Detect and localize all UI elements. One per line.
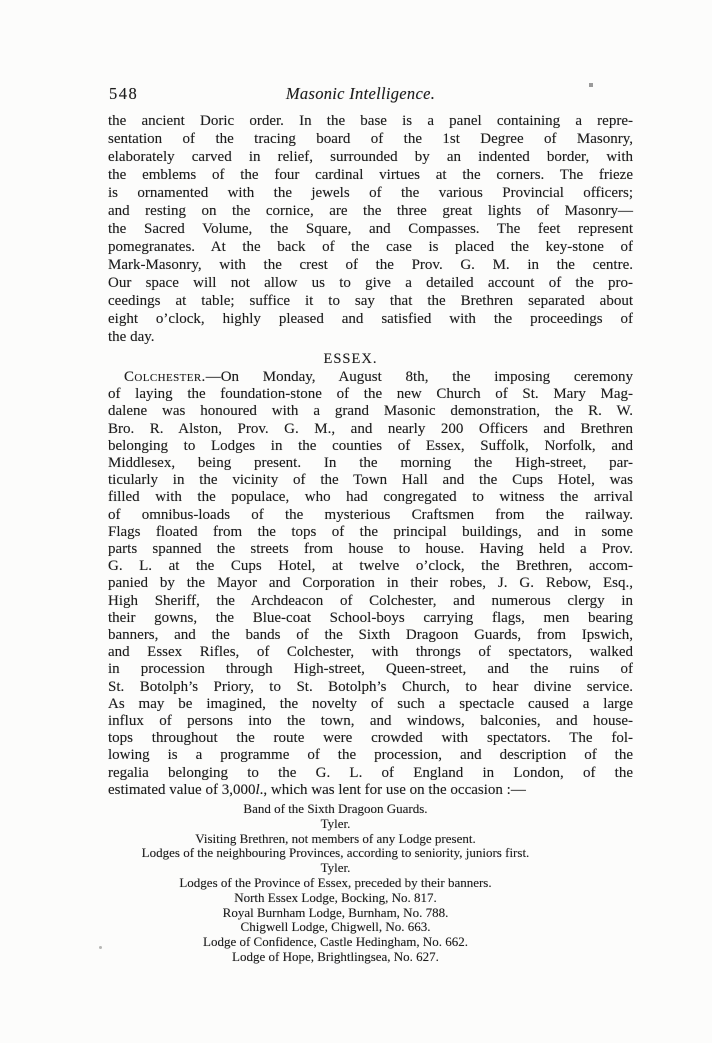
text-line: Our space will not allow us to give a de… bbox=[108, 274, 633, 292]
text-line: pomegranates. At the back of the case is… bbox=[108, 238, 633, 256]
text-line: parts spanned the streets from house to … bbox=[108, 541, 633, 558]
last-line-post: ., which was lent for use on the occasio… bbox=[260, 782, 526, 798]
text-line: and Essex Rifles, of Colchester, with th… bbox=[108, 644, 633, 661]
text-line: and resting on the cornice, are the thre… bbox=[108, 202, 633, 220]
first-line-rest: —On Monday, August 8th, the imposing cer… bbox=[206, 369, 633, 385]
last-line-pre: estimated value of 3,000 bbox=[108, 782, 255, 798]
text-line: estimated value of 3,000l., which was le… bbox=[108, 782, 633, 799]
text-line: regalia belonging to the G. L. of Englan… bbox=[108, 765, 633, 782]
text-line: filled with the populace, who had congre… bbox=[108, 489, 633, 506]
text-line: elaborately carved in relief, surrounded… bbox=[108, 148, 633, 166]
procession-line: Tyler. bbox=[73, 817, 598, 832]
text-line: Bro. R. Alston, Prov. G. M., and nearly … bbox=[108, 421, 633, 438]
procession-line: Tyler. bbox=[73, 861, 598, 876]
text-line: is ornamented with the jewels of the var… bbox=[108, 184, 633, 202]
text-line: lowing is a programme of the procession,… bbox=[108, 747, 633, 764]
procession-line: Royal Burnham Lodge, Burnham, No. 788. bbox=[73, 906, 598, 921]
text-line: Mark-Masonry, with the crest of the Prov… bbox=[108, 256, 633, 274]
section-heading-essex: ESSEX. bbox=[88, 351, 613, 368]
scan-speck-artifact bbox=[99, 946, 102, 949]
text-line: Middlesex, being present. In the morning… bbox=[108, 455, 633, 472]
procession-line: North Essex Lodge, Bocking, No. 817. bbox=[73, 891, 598, 906]
text-line: High Sheriff, the Archdeacon of Colchest… bbox=[108, 593, 633, 610]
text-line: Colchester.—On Monday, August 8th, the i… bbox=[108, 369, 633, 386]
text-line: As may be imagined, the novelty of such … bbox=[108, 696, 633, 713]
text-line: Flags floated from the tops of the princ… bbox=[108, 524, 633, 541]
text-line: sentation of the tracing board of the 1s… bbox=[108, 130, 633, 148]
text-line: the Sacred Volume, the Square, and Compa… bbox=[108, 220, 633, 238]
procession-line: Lodge of Hope, Brightlingsea, No. 627. bbox=[73, 950, 598, 965]
text-line: the ancient Doric order. In the base is … bbox=[108, 112, 633, 130]
text-line: the emblems of the four cardinal virtues… bbox=[108, 166, 633, 184]
running-title: Masonic Intelligence. bbox=[98, 84, 623, 104]
text-line: G. L. at the Cups Hotel, at twelve o’clo… bbox=[108, 558, 633, 575]
text-line: their gowns, the Blue-coat School-boys c… bbox=[108, 610, 633, 627]
text-line: of omnibus-loads of the mysterious Craft… bbox=[108, 507, 633, 524]
text-line: St. Botolph’s Priory, to St. Botolph’s C… bbox=[108, 679, 633, 696]
procession-line: Lodge of Confidence, Castle Hedingham, N… bbox=[73, 935, 598, 950]
page-header: 548 Masonic Intelligence. bbox=[108, 84, 633, 104]
text-line: eight o’clock, highly pleased and satisf… bbox=[108, 310, 633, 328]
scanned-book-page: 548 Masonic Intelligence. the ancient Do… bbox=[0, 0, 712, 1043]
text-line: dalene was honoured with a grand Masonic… bbox=[108, 403, 633, 420]
procession-line: Lodges of the Province of Essex, precede… bbox=[73, 876, 598, 891]
procession-line: Chigwell Lodge, Chigwell, No. 663. bbox=[73, 920, 598, 935]
paragraph-continuation: the ancient Doric order. In the base is … bbox=[108, 112, 633, 346]
procession-line: Visiting Brethren, not members of any Lo… bbox=[73, 832, 598, 847]
text-line: banners, and the bands of the Sixth Drag… bbox=[108, 627, 633, 644]
paragraph-colchester: Colchester.—On Monday, August 8th, the i… bbox=[108, 369, 633, 799]
text-line: the day. bbox=[108, 328, 633, 346]
text-line: ceedings at table; suffice it to say tha… bbox=[108, 292, 633, 310]
text-line: belonging to Lodges in the counties of E… bbox=[108, 438, 633, 455]
procession-line: Lodges of the neighbouring Provinces, ac… bbox=[73, 846, 598, 861]
text-line: influx of persons into the town, and win… bbox=[108, 713, 633, 730]
text-line: in procession through High-street, Queen… bbox=[108, 661, 633, 678]
text-line: of laying the foundation-stone of the ne… bbox=[108, 386, 633, 403]
colchester-smallcaps-lead: Colchester. bbox=[124, 369, 206, 385]
procession-line: Band of the Sixth Dragoon Guards. bbox=[73, 802, 598, 817]
text-line: tops throughout the route were crowded w… bbox=[108, 730, 633, 747]
text-line: panied by the Mayor and Corporation in t… bbox=[108, 575, 633, 592]
procession-programme: Band of the Sixth Dragoon Guards. Tyler.… bbox=[73, 802, 598, 965]
text-line: ticularly in the vicinity of the Town Ha… bbox=[108, 472, 633, 489]
scan-speck-artifact bbox=[589, 83, 593, 87]
